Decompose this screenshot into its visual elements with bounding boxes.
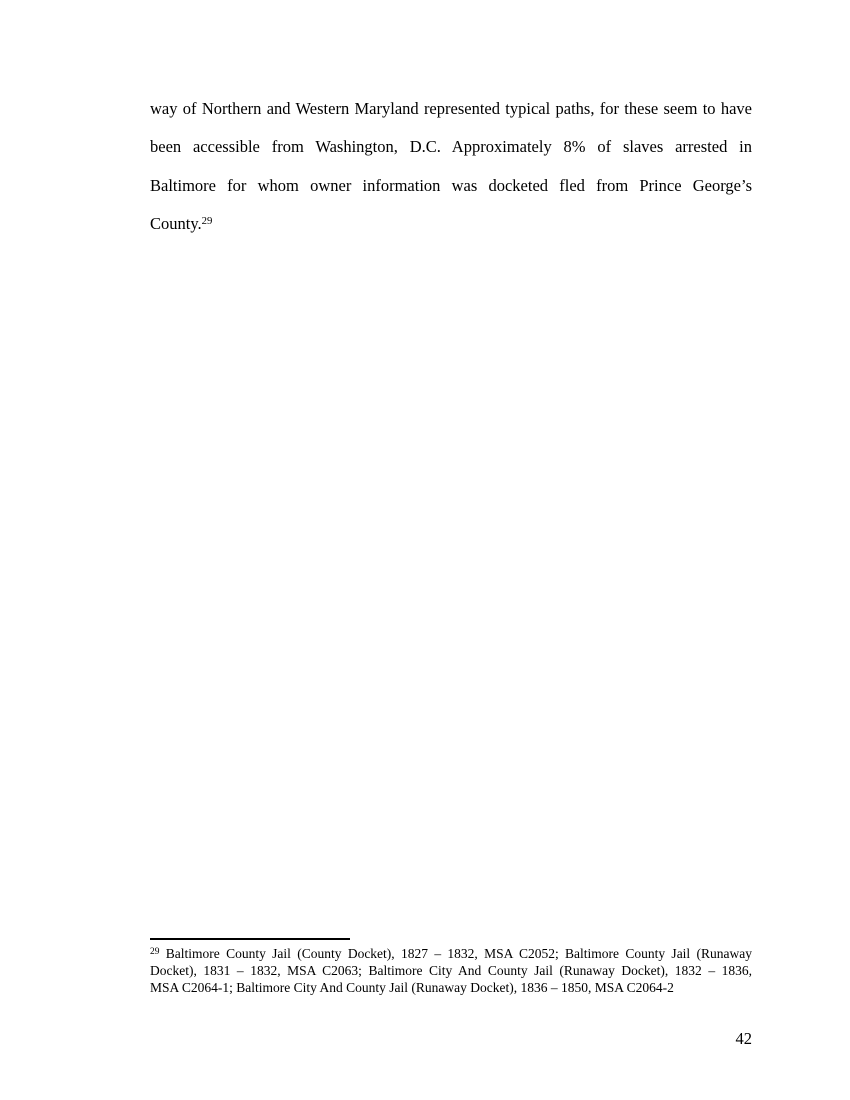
body-line-4: County.29 (150, 205, 752, 243)
body-line-2-text: been accessible from Washington, D.C. Ap… (150, 137, 752, 156)
body-paragraph: way of Northern and Western Maryland rep… (150, 90, 752, 244)
footnote-section: 29 Baltimore County Jail (County Docket)… (150, 938, 752, 997)
footnote-separator-rule (150, 938, 350, 940)
body-line-1: way of Northern and Western Maryland rep… (150, 90, 752, 128)
footnote-line-3-text: MSA C2064-1; Baltimore City And County J… (150, 980, 674, 995)
body-line-4-text: County. (150, 214, 202, 233)
body-line-3: Baltimore for whom owner information was… (150, 167, 752, 205)
page-number: 42 (150, 1029, 752, 1049)
footnote-reference-number: 29 (202, 215, 213, 227)
document-page: way of Northern and Western Maryland rep… (0, 0, 850, 1100)
body-line-2: been accessible from Washington, D.C. Ap… (150, 128, 752, 166)
footnote-marker: 29 (150, 947, 159, 957)
body-line-3-text: Baltimore for whom owner information was… (150, 176, 752, 195)
footnote-line-1-text: Baltimore County Jail (County Docket), 1… (166, 946, 752, 961)
footnote-line-1: 29 Baltimore County Jail (County Docket)… (150, 945, 752, 962)
body-line-1-text: way of Northern and Western Maryland rep… (150, 99, 752, 118)
footnote-line-2: Docket), 1831 – 1832, MSA C2063; Baltimo… (150, 962, 752, 979)
footnote-line-2-text: Docket), 1831 – 1832, MSA C2063; Baltimo… (150, 963, 752, 978)
footnote-line-3: MSA C2064-1; Baltimore City And County J… (150, 979, 752, 996)
